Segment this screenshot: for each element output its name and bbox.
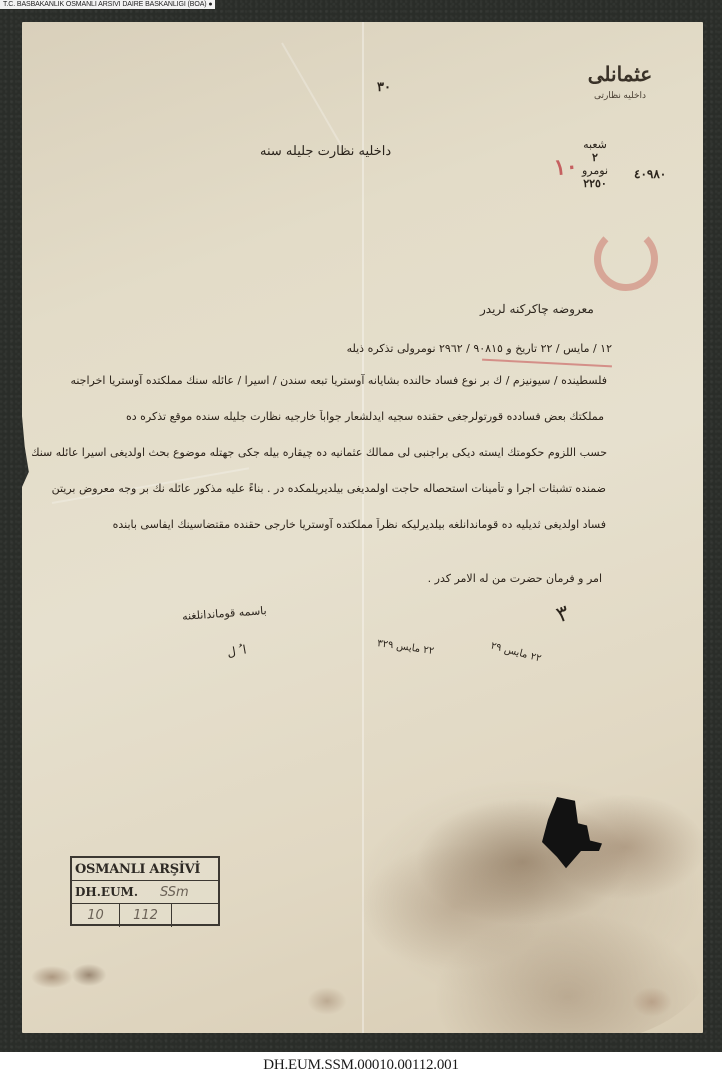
scan-background: T.C. BASBAKANLIK OSMANLI ARSIVI DAIRE BA… (0, 0, 722, 1052)
body-line: فساد اولدیغی ثدیلیه ده قوماندانلغه بیلدی… (44, 518, 606, 531)
stain-spot (307, 987, 347, 1015)
section-number: ٢ (582, 151, 608, 164)
signature-date: ٢٢ مایس ٢٩ (489, 640, 542, 664)
letterhead-emblem: عثمانلی داخلیه نظارتی (566, 64, 674, 101)
stain-spot (632, 987, 672, 1017)
signature-mark: ٣ (553, 601, 573, 629)
section-label: شعبه (582, 138, 608, 151)
red-ink-mark: ١٠ (553, 153, 579, 181)
emblem-calligraphy: عثمانلی (566, 64, 674, 84)
red-underline (482, 359, 612, 368)
reference-number: ٤٠٩٨٠ (634, 167, 666, 181)
archive-stamp: OSMANLI ARŞİVİ DH.EUM. SSm 10 112 (70, 856, 220, 926)
document-reference-caption: DH.EUM.SSM.00010.00112.001 (0, 1052, 722, 1080)
stamp-series: SSm (160, 885, 189, 900)
heading: داخلیه نظارت جلیله سنه (260, 144, 391, 159)
body-line: حسب اللزوم حكومتك ایسته دیكی براجنبی لی … (32, 446, 607, 459)
stamp-extra (171, 904, 218, 927)
number-value: ٢٢٥٠ (582, 177, 608, 190)
top-mark: ٣٠ (377, 80, 391, 95)
archive-watermark: T.C. BASBAKANLIK OSMANLI ARSIVI DAIRE BA… (0, 0, 215, 9)
stamp-fond: DH.EUM. (72, 885, 138, 899)
body-line: مملکتك بعض فسادده قورتولرجغی حقنده سجیه … (44, 410, 604, 423)
stamp-dossier: 10 (72, 904, 119, 927)
signature-date: ٢٢ مایس ٣٢٩ (377, 638, 435, 657)
paper-crease (281, 43, 343, 148)
salutation: معروضه چاکرکنه لریدر (480, 302, 594, 316)
document-page: عثمانلی داخلیه نظارتی شعبه ٢ نومرو ٢٢٥٠ … (22, 22, 703, 1033)
section-block: شعبه ٢ نومرو ٢٢٥٠ (582, 138, 608, 190)
crescent-seal-icon (594, 227, 658, 291)
margin-ticks: ا ُ ل (226, 642, 248, 659)
marginal-note: باسمه قوماندانلغنه (182, 604, 267, 623)
body-line: امر و فرمان حضرت من له الامر كدر . (382, 572, 602, 585)
body-line: فلسطینده / سیونیزم / ك بر نوع فساد حالند… (32, 374, 607, 387)
emblem-subtitle: داخلیه نظارتی (566, 90, 674, 101)
number-label: نومرو (582, 164, 608, 177)
stamp-title: OSMANLI ARŞİVİ (72, 862, 200, 877)
stamp-shirt: 112 (119, 904, 171, 927)
body-line: ضمنده تشبثات اجرا و تأمینات استحصاله حاج… (44, 482, 606, 495)
ink-spots (27, 957, 127, 997)
body-line: ١٢ / مایس / ٢٢ تاریخ و ٩٠٨١٥ / ٢٩٦٢ نومر… (252, 342, 612, 355)
